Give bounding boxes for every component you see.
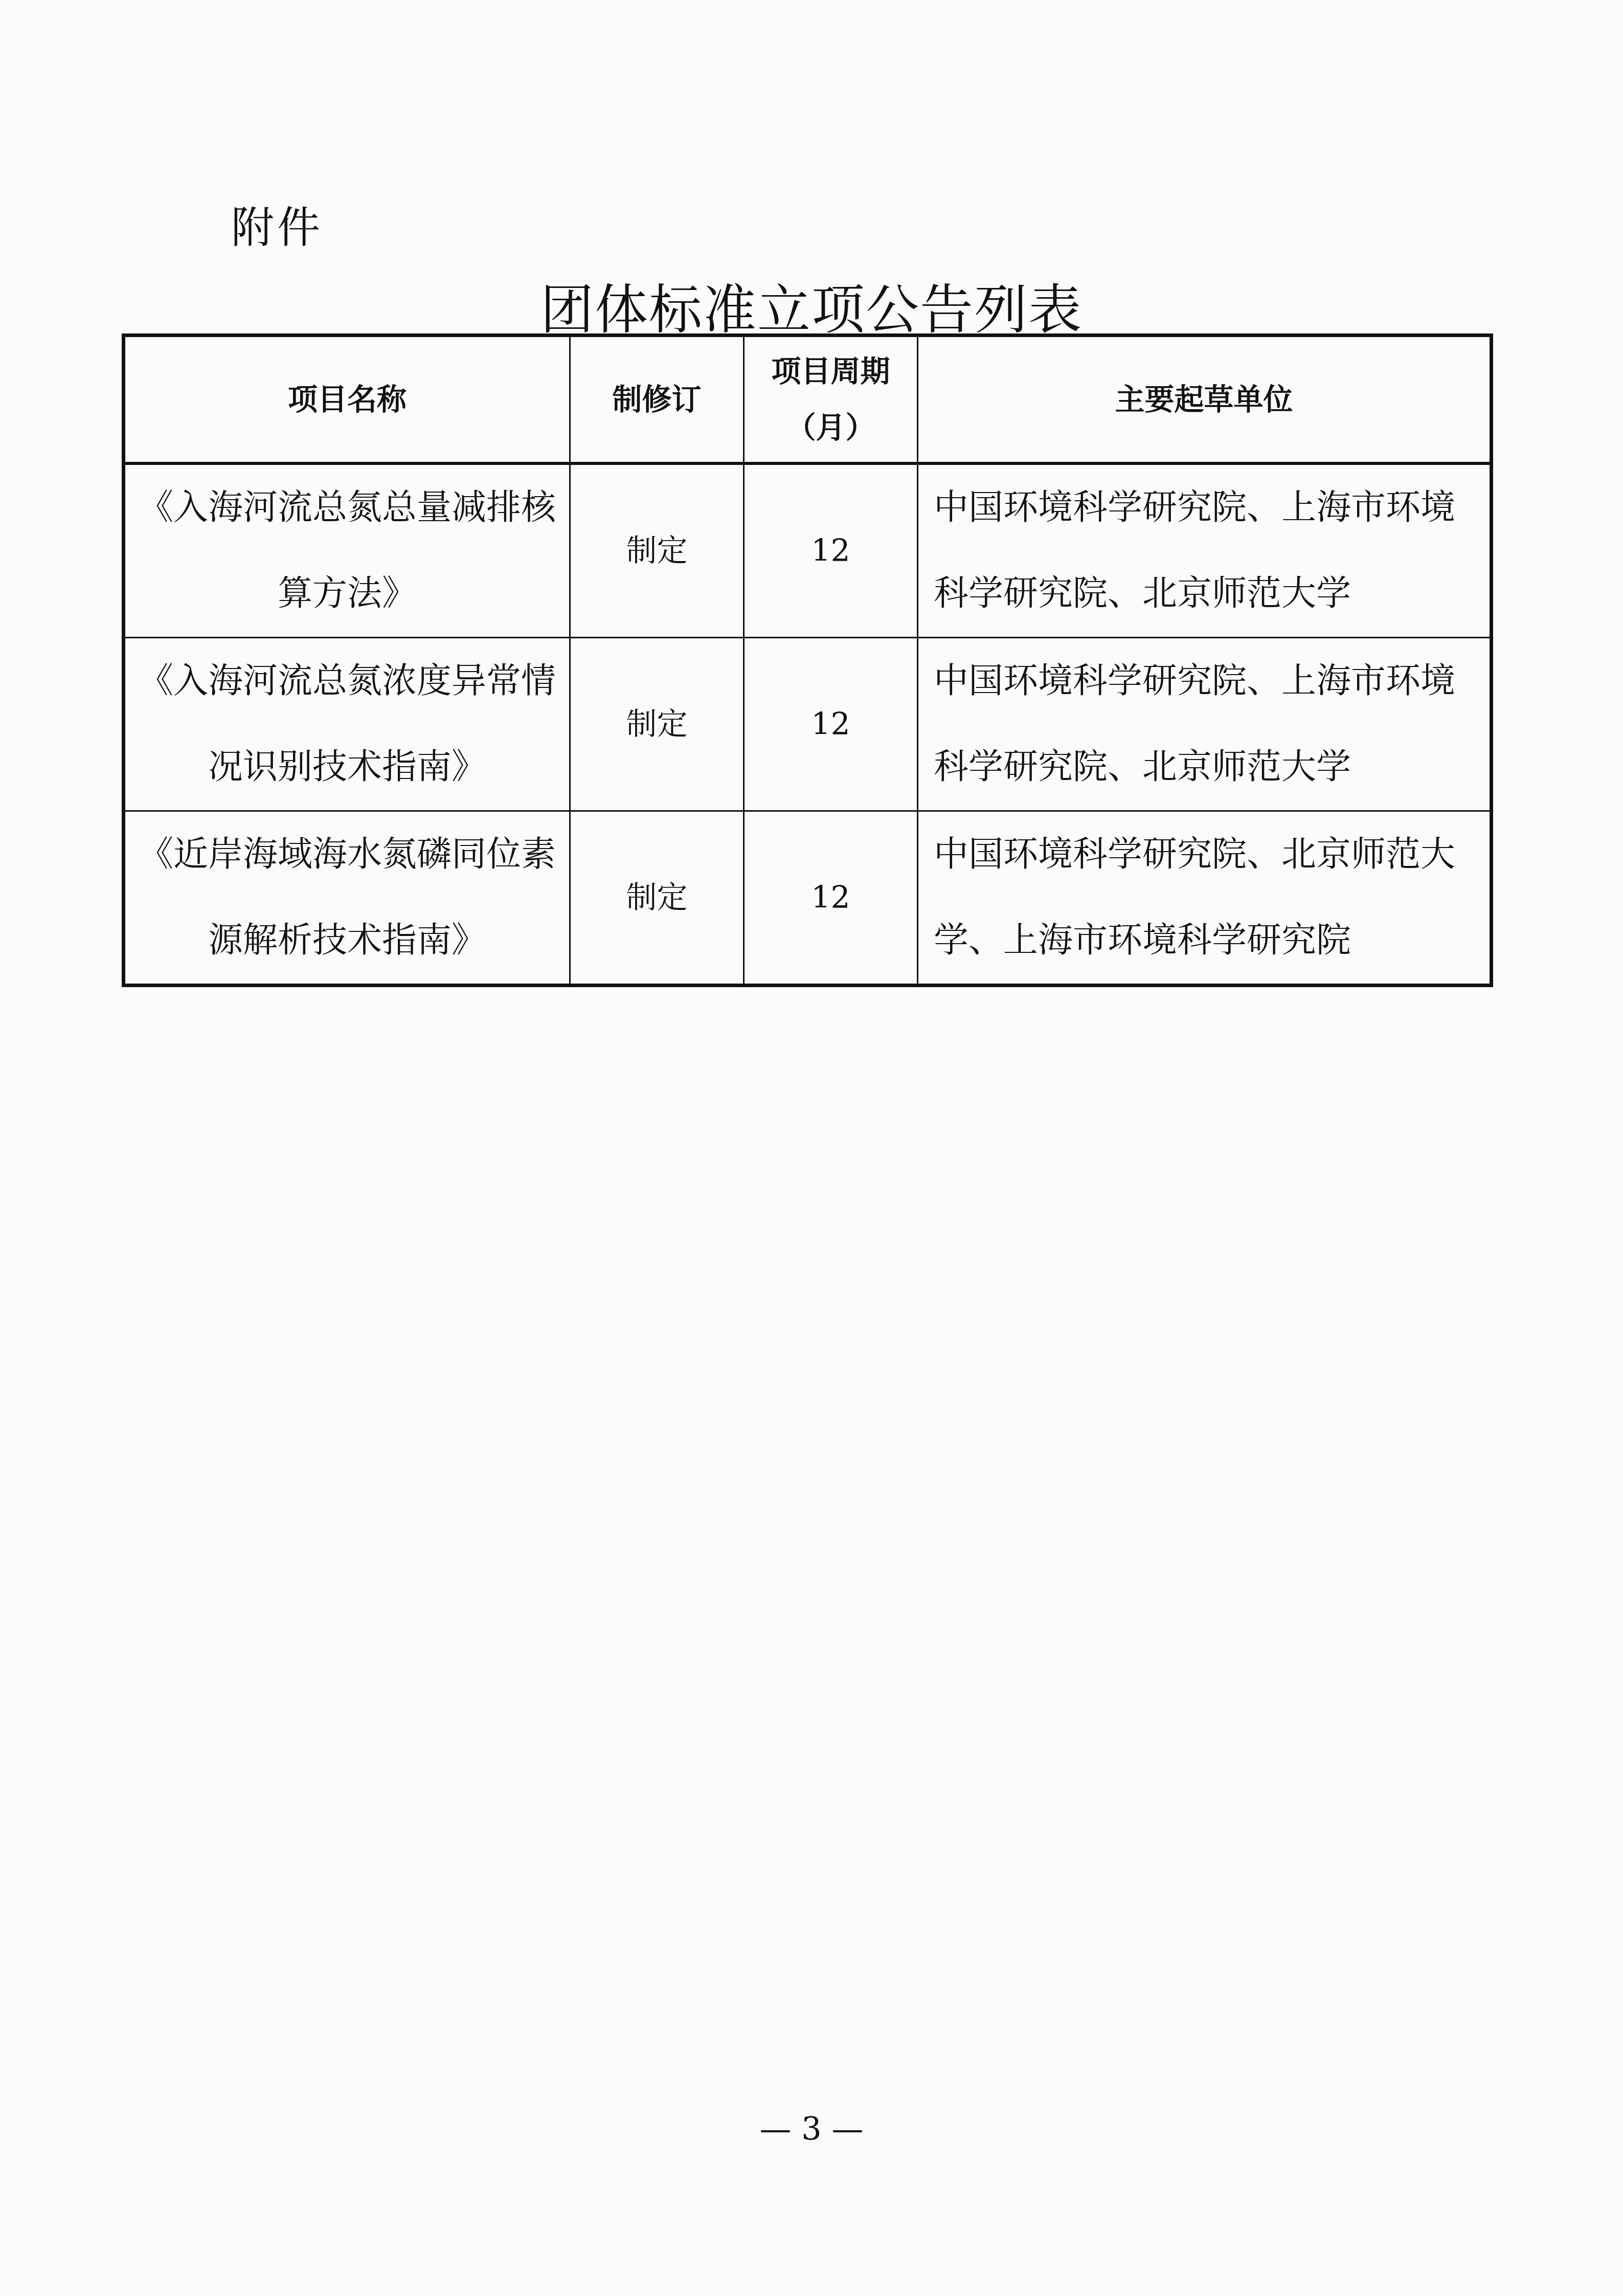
cell-drafting-org: 中国环境科学研究院、北京师范大学、上海市环境科学研究院	[918, 811, 1492, 986]
cell-project-name: 《入海河流总氮浓度异常情况识别技术指南》	[124, 638, 570, 811]
document-title: 团体标准立项公告列表	[0, 267, 1623, 344]
header-revision-type: 制修订	[570, 336, 744, 464]
cell-project-name: 《入海河流总氮总量减排核算方法》	[124, 463, 570, 638]
cell-project-period: 12	[744, 463, 918, 638]
cell-revision-type: 制定	[570, 811, 744, 986]
project-table-container: 项目名称 制修订 项目周期 （月） 主要起草单位 《入海河流总氮总量减排核算方法…	[122, 333, 1493, 987]
project-table: 项目名称 制修订 项目周期 （月） 主要起草单位 《入海河流总氮总量减排核算方法…	[122, 333, 1493, 987]
table-row: 《入海河流总氮总量减排核算方法》 制定 12 中国环境科学研究院、上海市环境科学…	[124, 463, 1492, 638]
cell-project-period: 12	[744, 638, 918, 811]
header-project-period: 项目周期 （月）	[744, 336, 918, 464]
header-project-name: 项目名称	[124, 336, 570, 464]
cell-revision-type: 制定	[570, 638, 744, 811]
attachment-label: 附件	[231, 193, 323, 255]
table-header-row: 项目名称 制修订 项目周期 （月） 主要起草单位	[124, 336, 1492, 464]
page-number: — 3 —	[0, 2110, 1623, 2147]
header-drafting-org: 主要起草单位	[918, 336, 1492, 464]
cell-revision-type: 制定	[570, 463, 744, 638]
cell-project-period: 12	[744, 811, 918, 986]
header-period-line1: 项目周期	[757, 343, 905, 399]
cell-drafting-org: 中国环境科学研究院、上海市环境科学研究院、北京师范大学	[918, 638, 1492, 811]
table-row: 《入海河流总氮浓度异常情况识别技术指南》 制定 12 中国环境科学研究院、上海市…	[124, 638, 1492, 811]
table-row: 《近岸海域海水氮磷同位素源解析技术指南》 制定 12 中国环境科学研究院、北京师…	[124, 811, 1492, 986]
cell-project-name: 《近岸海域海水氮磷同位素源解析技术指南》	[124, 811, 570, 986]
header-period-line2: （月）	[757, 399, 905, 456]
cell-drafting-org: 中国环境科学研究院、上海市环境科学研究院、北京师范大学	[918, 463, 1492, 638]
